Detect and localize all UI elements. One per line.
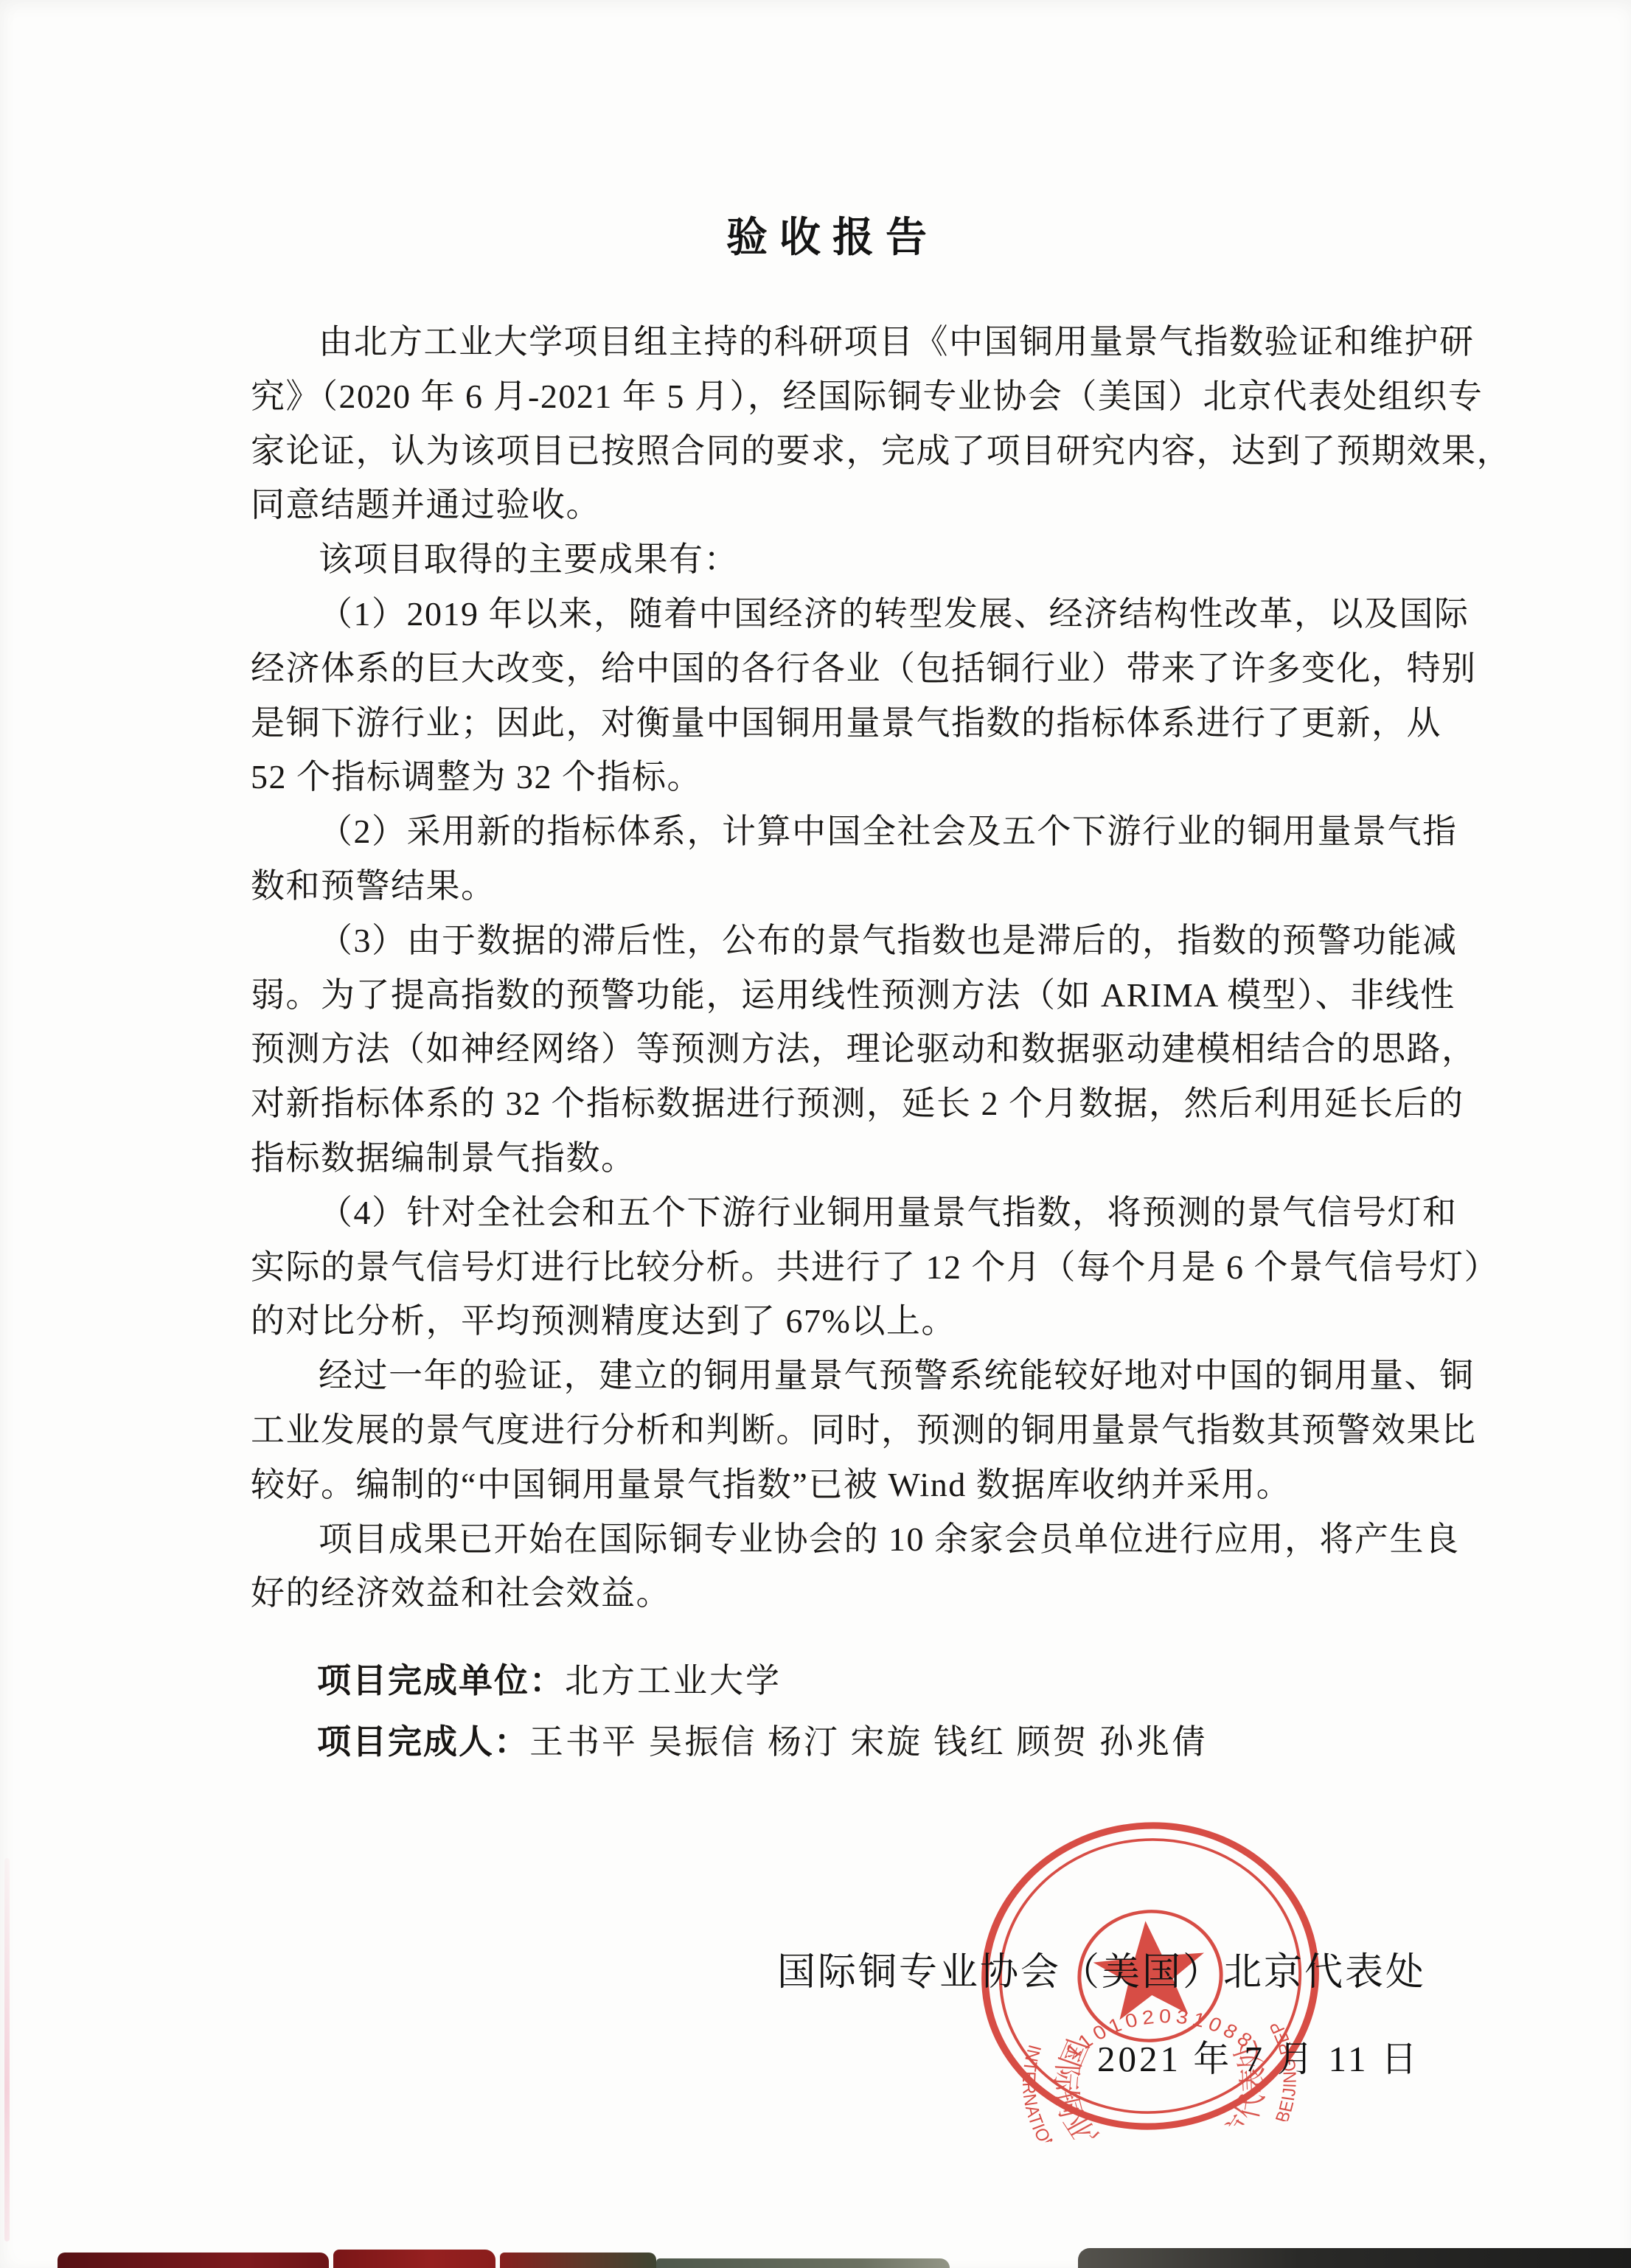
body-line: （4）针对全社会和五个下游行业铜用量景气指数，将预测的景气信号灯和 — [251, 1186, 1416, 1240]
body-line: 预测方法（如神经网络）等预测方法，理论驱动和数据驱动建模相结合的思路， — [251, 1022, 1416, 1076]
completion-people-value: 王书平 吴振信 杨汀 宋旋 钱红 顾贺 孙兆倩 — [529, 1723, 1208, 1761]
body-line: （3）由于数据的滞后性，公布的景气指数也是滞后的，指数的预警功能减 — [251, 914, 1416, 968]
body-line: 究》（2020 年 6 月-2021 年 5 月），经国际铜专业协会（美国）北京… — [251, 369, 1416, 424]
body-line: 好的经济效益和社会效益。 — [251, 1566, 1416, 1621]
body-line: 数和预警结果。 — [251, 859, 1416, 914]
body-line: 的对比分析，平均预测精度达到了 67%以上。 — [251, 1294, 1416, 1349]
completion-people-line: 项目完成人：王书平 吴振信 杨汀 宋旋 钱红 顾贺 孙兆倩 — [317, 1715, 1208, 1764]
body-line: 指标数据编制景气指数。 — [251, 1131, 1416, 1186]
body-line: 经过一年的验证，建立的铜用量景气预警系统能较好地对中国的铜用量、铜 — [251, 1349, 1416, 1403]
signature-org: 国际铜专业协会（美国）北京代表处 — [777, 1941, 1426, 1996]
scan-edge-artifact — [500, 2253, 656, 2268]
body-line: 较好。编制的“中国铜用量景气指数”已被 Wind 数据库收纳并采用。 — [251, 1458, 1416, 1512]
body-line: 家论证，认为该项目已按照合同的要求，完成了项目研究内容，达到了预期效果， — [251, 424, 1416, 479]
document-page: 验收报告 由北方工业大学项目组主持的科研项目《中国铜用量景气指数验证和维护研究》… — [0, 0, 1631, 2268]
completion-people-label: 项目完成人： — [317, 1722, 529, 1761]
completion-unit-line: 项目完成单位：北方工业大学 — [317, 1654, 782, 1702]
page-title: 验收报告 — [0, 205, 1631, 264]
body-line: 52 个指标调整为 32 个指标。 — [251, 750, 1416, 804]
scan-edge-artifact — [333, 2250, 495, 2268]
scan-smudge — [4, 1858, 10, 2241]
completion-unit-label: 项目完成单位： — [317, 1661, 565, 1700]
body-line: 该项目取得的主要成果有： — [251, 532, 1416, 587]
body-text: 由北方工业大学项目组主持的科研项目《中国铜用量景气指数验证和维护研究》（2020… — [251, 315, 1416, 1621]
completion-unit-value: 北方工业大学 — [565, 1662, 782, 1700]
signature-date: 2021 年 7 月 11 日 — [1097, 2031, 1420, 2082]
body-line: 工业发展的景气度进行分析和判断。同时，预测的铜用量景气指数其预警效果比 — [251, 1403, 1416, 1458]
scan-edge-artifact — [1078, 2248, 1631, 2268]
body-line: 项目成果已开始在国际铜专业协会的 10 余家会员单位进行应用，将产生良 — [251, 1512, 1416, 1567]
body-line: 经济体系的巨大改变，给中国的各行各业（包括铜行业）带来了许多变化，特别 — [251, 641, 1416, 696]
body-line: （1）2019 年以来，随着中国经济的转型发展、经济结构性改革，以及国际 — [251, 587, 1416, 641]
body-line: 实际的景气信号灯进行比较分析。共进行了 12 个月（每个月是 6 个景气信号灯） — [251, 1240, 1416, 1295]
body-line: 对新指标体系的 32 个指标数据进行预测，延长 2 个月数据，然后利用延长后的 — [251, 1076, 1416, 1131]
scan-edge-artifact — [58, 2253, 329, 2268]
scan-edge-artifact — [656, 2258, 950, 2268]
body-line: 同意结题并通过验收。 — [251, 478, 1416, 532]
body-line: 是铜下游行业；因此，对衡量中国铜用量景气指数的指标体系进行了更新，从 — [251, 696, 1416, 751]
body-line: （2）采用新的指标体系，计算中国全社会及五个下游行业的铜用量景气指 — [251, 804, 1416, 859]
body-line: 弱。为了提高指数的预警功能，运用线性预测方法（如 ARIMA 模型）、非线性 — [251, 968, 1416, 1023]
body-line: 由北方工业大学项目组主持的科研项目《中国铜用量景气指数验证和维护研 — [251, 315, 1416, 369]
